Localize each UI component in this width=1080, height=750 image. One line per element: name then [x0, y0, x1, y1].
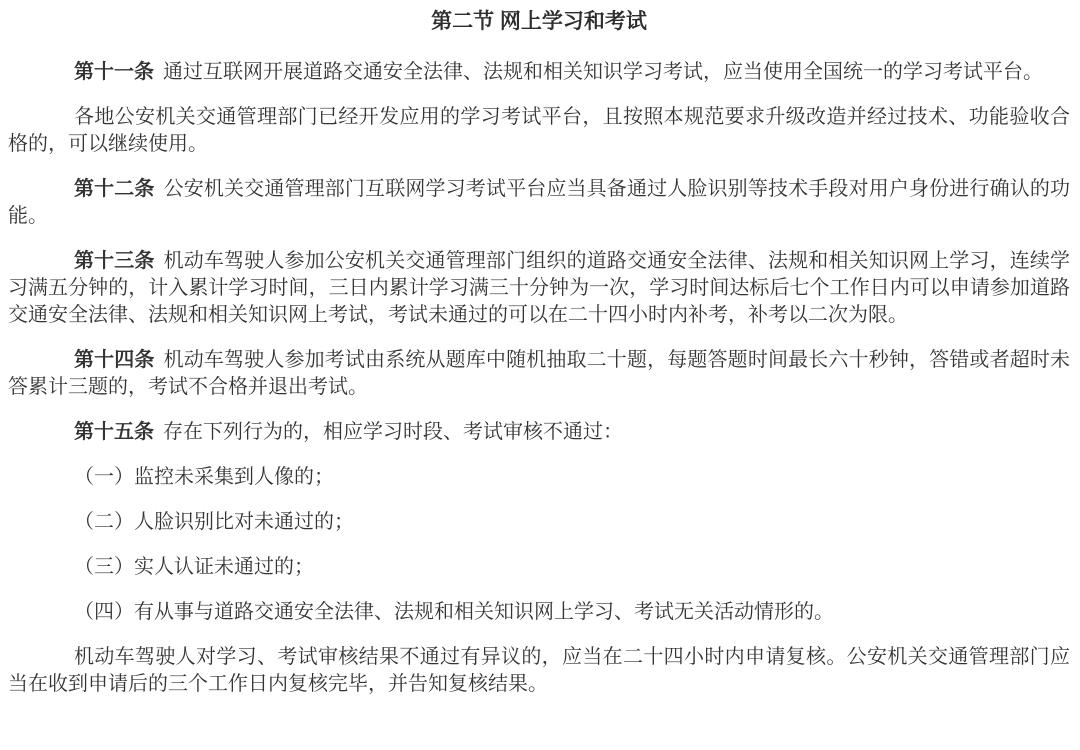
paragraph: （一）监控未采集到人像的； [8, 464, 1070, 491]
paragraph-text: （二）人脸识别比对未通过的； [74, 511, 354, 533]
clause-number-label: 第十二条 [74, 178, 155, 200]
clause-number-label: 第十五条 [74, 421, 154, 443]
clause-number-label: 第十一条 [74, 61, 154, 83]
paragraph: （四）有从事与道路交通安全法律、法规和相关知识网上学习、考试无关活动情形的。 [8, 599, 1070, 626]
document-body: 第十一条通过互联网开展道路交通安全法律、法规和相关知识学习考试，应当使用全国统一… [8, 59, 1070, 698]
clause-number-label: 第十四条 [74, 349, 155, 371]
section-title: 第二节 网上学习和考试 [8, 8, 1070, 35]
paragraph-text: （一）监控未采集到人像的； [74, 466, 334, 488]
paragraph: 第十一条通过互联网开展道路交通安全法律、法规和相关知识学习考试，应当使用全国统一… [8, 59, 1070, 86]
document-page: 第二节 网上学习和考试 第十一条通过互联网开展道路交通安全法律、法规和相关知识学… [0, 0, 1080, 750]
paragraph: 第十五条存在下列行为的，相应学习时段、考试审核不通过： [8, 419, 1070, 446]
paragraph-text: 通过互联网开展道路交通安全法律、法规和相关知识学习考试，应当使用全国统一的学习考… [163, 61, 1043, 83]
paragraph: 各地公安机关交通管理部门已经开发应用的学习考试平台，且按照本规范要求升级改造并经… [8, 104, 1070, 158]
paragraph-text: 机动车驾驶人参加考试由系统从题库中随机抽取二十题，每题答题时间最长六十秒钟，答错… [8, 349, 1070, 398]
paragraph-text: 机动车驾驶人对学习、考试审核结果不通过有异议的，应当在二十四小时内申请复核。公安… [8, 646, 1070, 695]
paragraph-text: 机动车驾驶人参加公安机关交通管理部门组织的道路交通安全法律、法规和相关知识网上学… [8, 250, 1070, 326]
paragraph: 第十三条机动车驾驶人参加公安机关交通管理部门组织的道路交通安全法律、法规和相关知… [8, 248, 1070, 329]
clause-number-label: 第十三条 [74, 250, 155, 272]
paragraph-text: 公安机关交通管理部门互联网学习考试平台应当具备通过人脸识别等技术手段对用户身份进… [8, 178, 1070, 227]
paragraph: （三）实人认证未通过的； [8, 554, 1070, 581]
paragraph-text: （四）有从事与道路交通安全法律、法规和相关知识网上学习、考试无关活动情形的。 [74, 601, 834, 623]
paragraph-text: 各地公安机关交通管理部门已经开发应用的学习考试平台，且按照本规范要求升级改造并经… [8, 106, 1070, 155]
paragraph: 第十二条公安机关交通管理部门互联网学习考试平台应当具备通过人脸识别等技术手段对用… [8, 176, 1070, 230]
paragraph-text: 存在下列行为的，相应学习时段、考试审核不通过： [163, 421, 623, 443]
paragraph: 机动车驾驶人对学习、考试审核结果不通过有异议的，应当在二十四小时内申请复核。公安… [8, 644, 1070, 698]
paragraph-text: （三）实人认证未通过的； [74, 556, 314, 578]
paragraph: （二）人脸识别比对未通过的； [8, 509, 1070, 536]
paragraph: 第十四条机动车驾驶人参加考试由系统从题库中随机抽取二十题，每题答题时间最长六十秒… [8, 347, 1070, 401]
